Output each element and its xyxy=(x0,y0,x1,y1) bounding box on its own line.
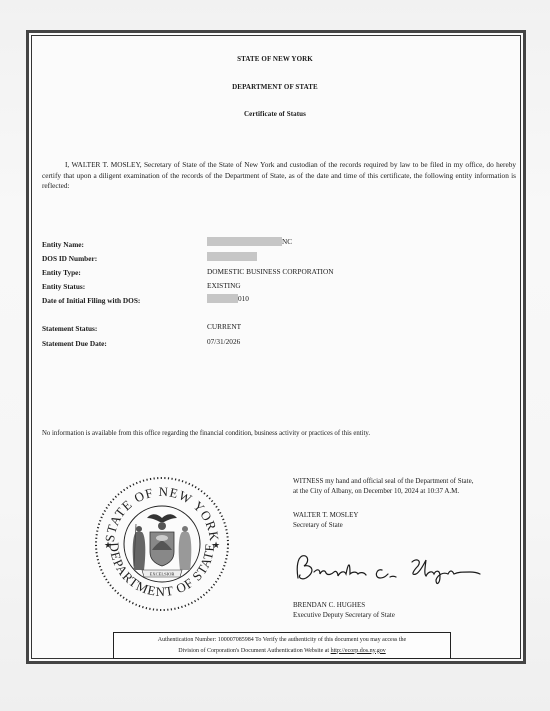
entity-type-value: DOMESTIC BUSINESS CORPORATION xyxy=(207,267,334,276)
secretary-block: WALTER T. MOSLEY Secretary of State xyxy=(293,510,358,530)
initial-filing-label: Date of Initial Filing with DOS: xyxy=(42,296,140,305)
certification-statement: I, WALTER T. MOSLEY, Secretary of State … xyxy=(42,160,516,192)
certificate-title: Certificate of Status xyxy=(0,110,550,118)
entity-status-value: EXISTING xyxy=(207,281,241,290)
entity-type-label: Entity Type: xyxy=(42,268,81,277)
state-seal-icon: STATE OF NEW YORK DEPARTMENT OF STATE ★ … xyxy=(92,474,232,614)
header-state: STATE OF NEW YORK xyxy=(0,55,550,63)
initial-filing-value: 010 xyxy=(207,294,249,303)
statement-due-value: 07/31/2026 xyxy=(207,337,240,346)
authentication-website-link[interactable]: http://ecorp.dos.ny.gov xyxy=(331,648,386,654)
secretary-name: WALTER T. MOSLEY xyxy=(293,510,358,520)
header-department: DEPARTMENT OF STATE xyxy=(0,83,550,91)
deputy-block: BRENDAN C. HUGHES Executive Deputy Secre… xyxy=(293,600,395,620)
svg-text:★: ★ xyxy=(104,540,112,550)
authentication-number: Authentication Number: 100007085984 To V… xyxy=(114,635,450,646)
entity-name-value: NC xyxy=(207,237,292,246)
statement-status-label: Statement Status: xyxy=(42,324,97,333)
svg-text:EXCELSIOR: EXCELSIOR xyxy=(150,572,175,577)
witness-statement: WITNESS my hand and official seal of the… xyxy=(293,476,473,496)
certificate-page: ForeignDocumentsExpress.com 2024 STATE O… xyxy=(0,0,550,711)
deputy-title: Executive Deputy Secretary of State xyxy=(293,610,395,620)
dos-id-label: DOS ID Number: xyxy=(42,254,97,263)
deputy-name: BRENDAN C. HUGHES xyxy=(293,600,395,610)
entity-name-label: Entity Name: xyxy=(42,240,84,249)
dos-id-value xyxy=(207,252,257,261)
entity-status-label: Entity Status: xyxy=(42,282,85,291)
redaction xyxy=(207,237,282,246)
secretary-title: Secretary of State xyxy=(293,520,358,530)
disclaimer: No information is available from this of… xyxy=(42,430,370,437)
statement-status-value: CURRENT xyxy=(207,322,241,331)
redaction xyxy=(207,294,238,303)
svg-text:★: ★ xyxy=(212,540,220,550)
statement-due-label: Statement Due Date: xyxy=(42,339,107,348)
authentication-box: Authentication Number: 100007085984 To V… xyxy=(113,632,451,659)
signature xyxy=(292,548,492,588)
redaction xyxy=(207,252,257,261)
